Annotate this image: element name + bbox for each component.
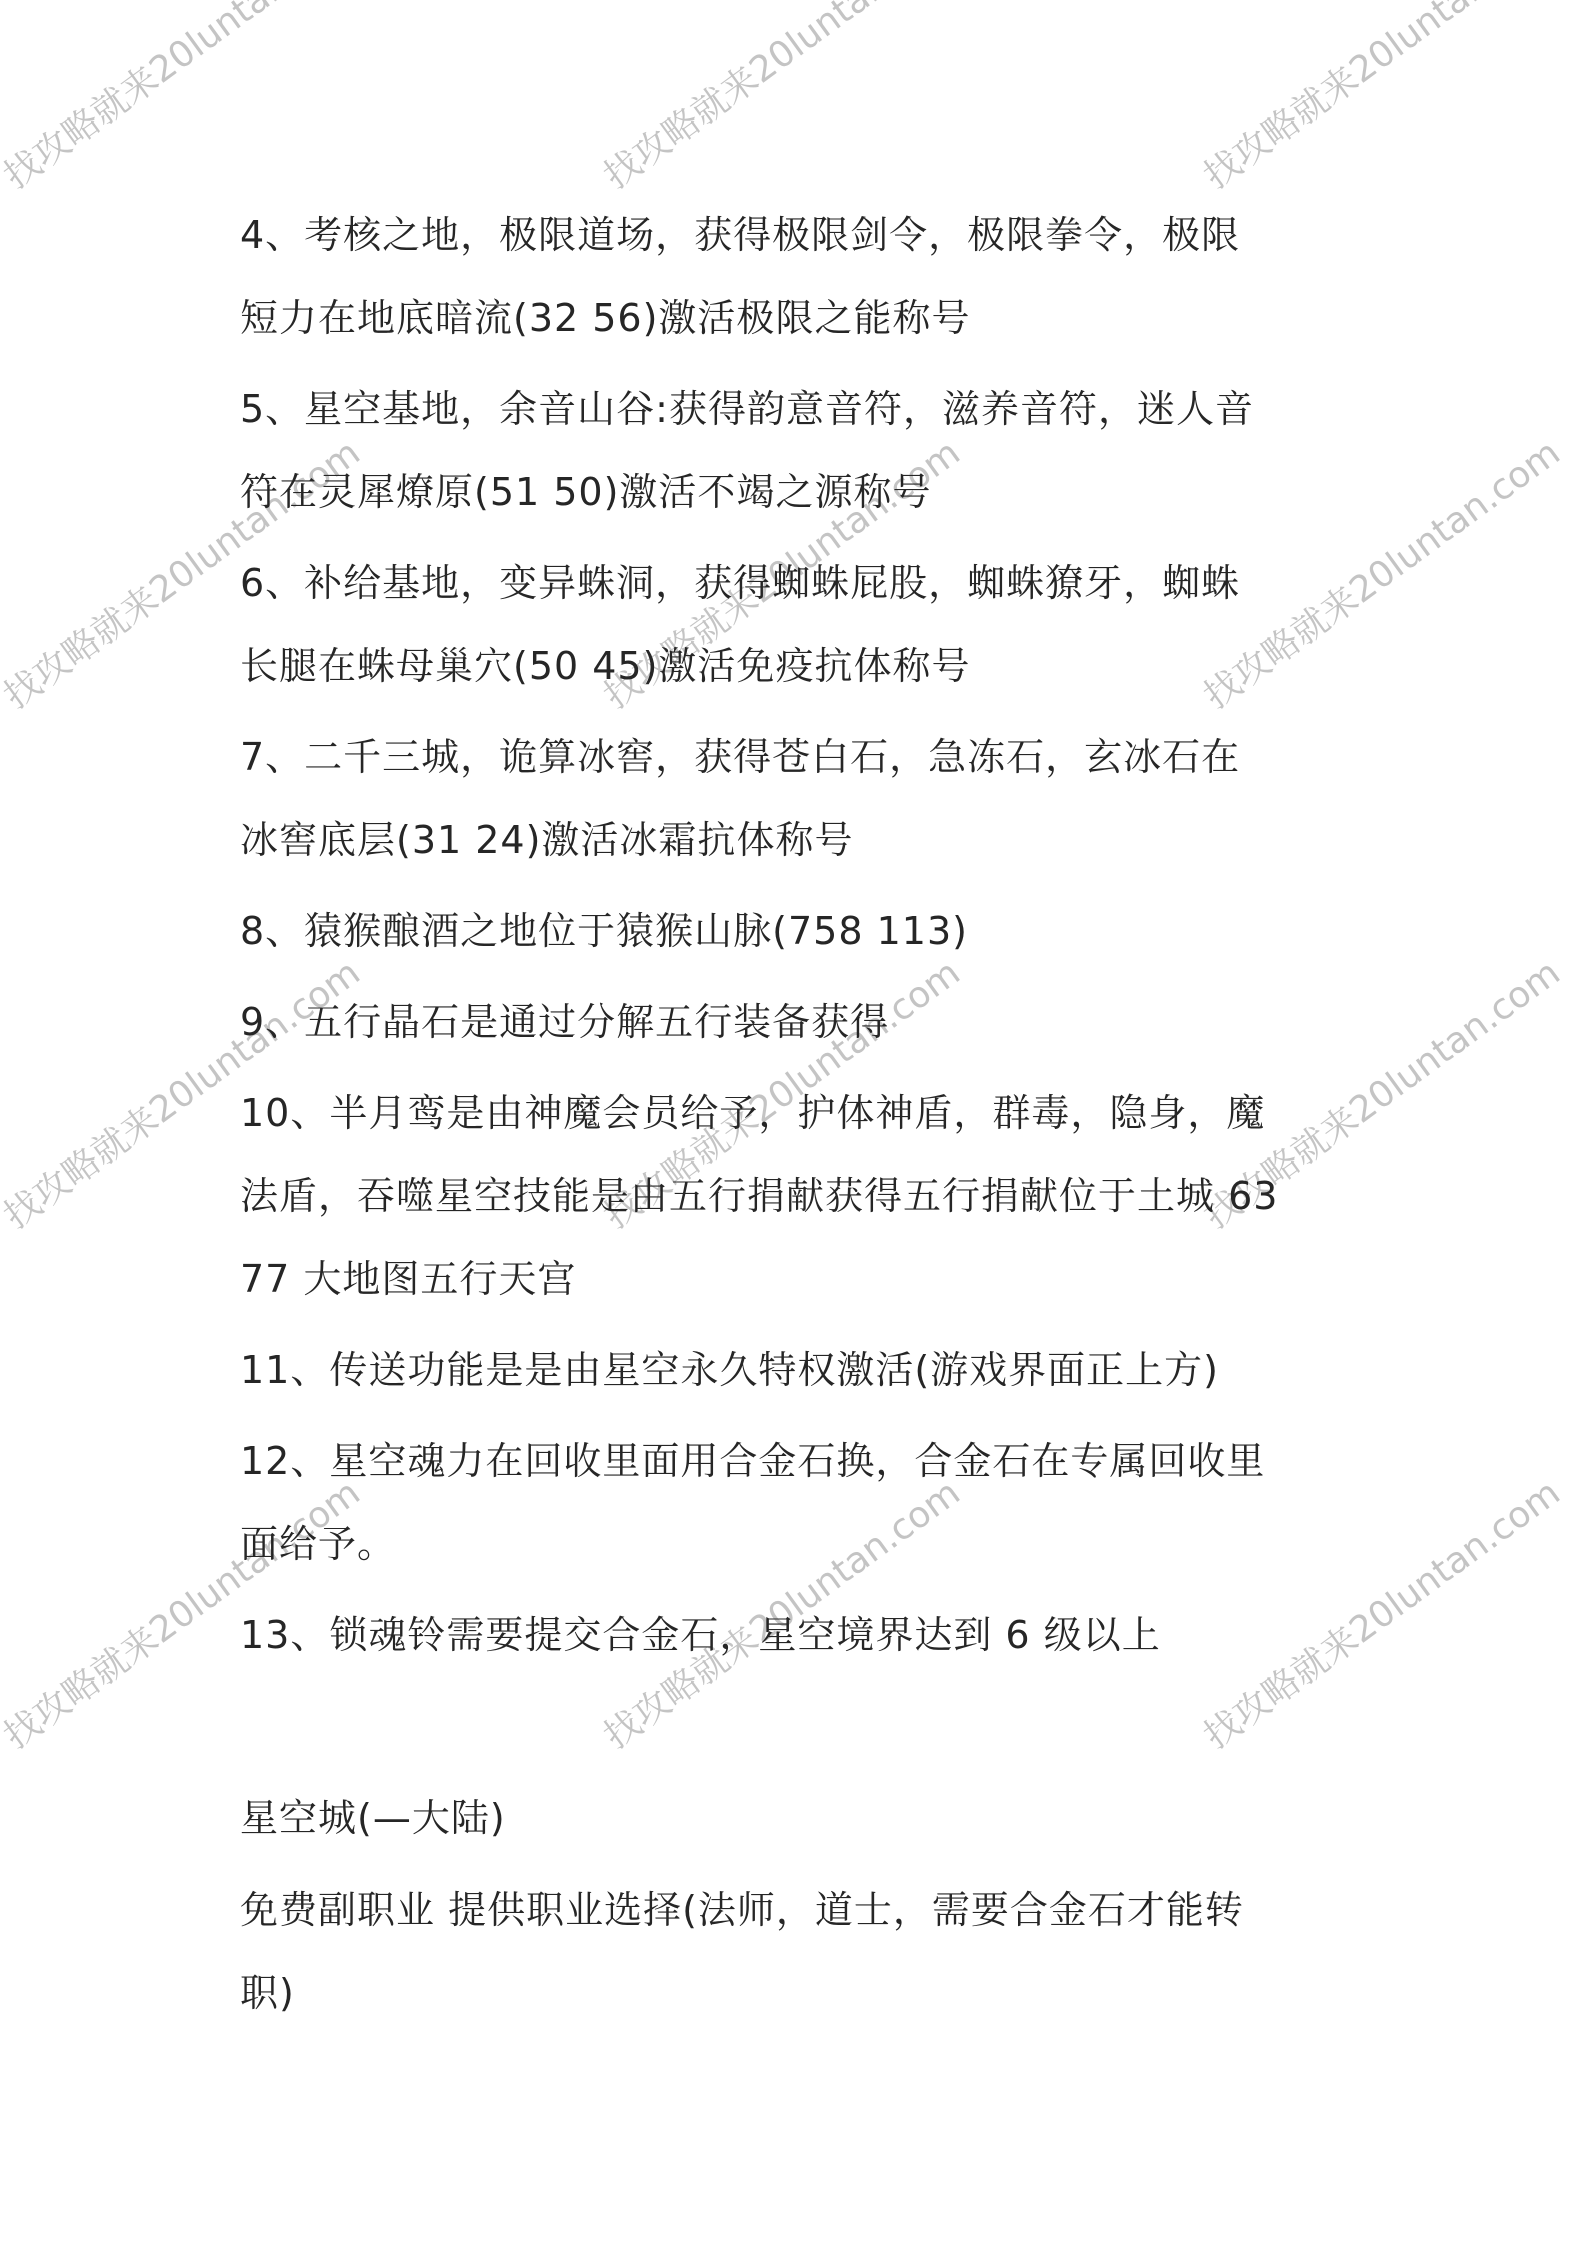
paragraph-line: 11、传送功能是是由星空永久特权激活(游戏界面正上方): [240, 1345, 1219, 1395]
document-page: 找攻略就来20luntan.com 找攻略就来20luntan.com 找攻略就…: [0, 0, 1587, 2245]
watermark: 找攻略就来20luntan.com: [1192, 426, 1569, 719]
paragraph-line: 7、二千三城，诡算冰窖，获得苍白石，急冻石，玄冰石在: [240, 732, 1240, 782]
paragraph-line: 12、星空魂力在回收里面用合金石换，合金石在专属回收里: [240, 1436, 1265, 1486]
paragraph-line: 冰窖底层(31 24)激活冰霜抗体称号: [240, 815, 853, 865]
watermark: 找攻略就来20luntan.com: [592, 0, 969, 199]
paragraph-line: 6、补给基地，变异蛛洞，获得蜘蛛屁股，蜘蛛獠牙，蜘蛛: [240, 558, 1240, 608]
paragraph-line: 8、猿猴酿酒之地位于猿猴山脉(758 113): [240, 906, 968, 956]
watermark: 找攻略就来20luntan.com: [1192, 0, 1569, 199]
paragraph-line: 77 大地图五行天宫: [240, 1254, 576, 1304]
paragraph-line: 5、星空基地，余音山谷:获得韵意音符，滋养音符，迷人音: [240, 384, 1254, 434]
watermark: 找攻略就来20luntan.com: [0, 0, 369, 199]
paragraph-line: 长腿在蛛母巢穴(50 45)激活免疫抗体称号: [240, 641, 970, 691]
paragraph-line: 法盾，吞噬星空技能是由五行捐献获得五行捐献位于土城 63: [240, 1171, 1278, 1221]
paragraph-line: 短力在地底暗流(32 56)激活极限之能称号: [240, 293, 970, 343]
paragraph-line: 13、锁魂铃需要提交合金石，星空境界达到 6 级以上: [240, 1610, 1161, 1660]
section-title: 星空城(—大陆): [240, 1793, 506, 1843]
paragraph-line: 9、五行晶石是通过分解五行装备获得: [240, 997, 889, 1047]
paragraph-line: 免费副职业 提供职业选择(法师，道士，需要合金石才能转: [240, 1885, 1244, 1935]
watermark: 找攻略就来20luntan.com: [1192, 1466, 1569, 1759]
paragraph-line: 职): [240, 1968, 295, 2018]
paragraph-line: 面给予。: [240, 1519, 396, 1569]
paragraph-line: 符在灵犀燎原(51 50)激活不竭之源称号: [240, 467, 931, 517]
paragraph-line: 10、半月鸾是由神魔会员给予，护体神盾，群毒，隐身，魔: [240, 1088, 1265, 1138]
paragraph-line: 4、考核之地，极限道场，获得极限剑令，极限拳令，极限: [240, 210, 1240, 260]
